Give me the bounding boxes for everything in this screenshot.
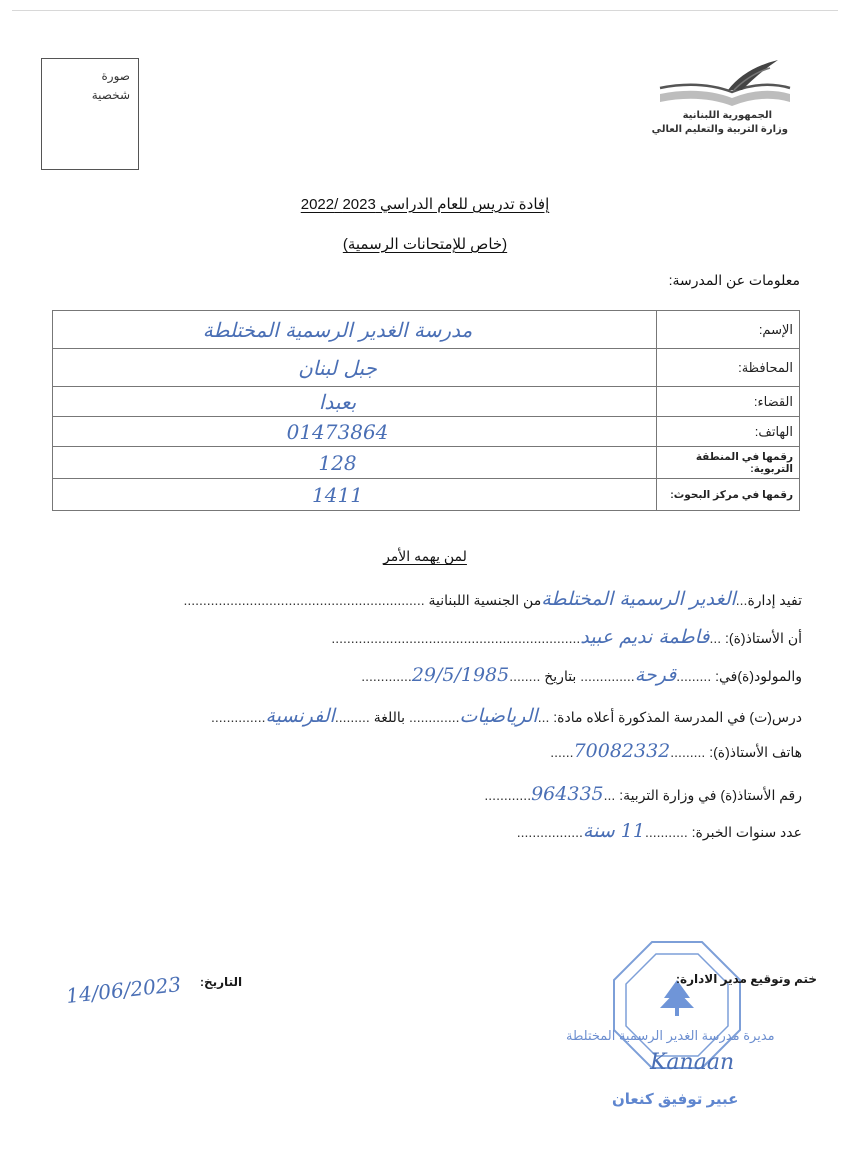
governorate-value: جبل لبنان <box>53 349 657 387</box>
research-center-number-label: رقمها في مركز البحوث: <box>657 479 800 511</box>
administration-value: الغدير الرسمية المختلطة <box>541 588 736 610</box>
statement-line-1: تفيد إدارة...الغدير الرسمية المختلطةمن ا… <box>183 588 802 610</box>
personal-photo-box: صورة شخصية <box>41 58 139 170</box>
district-value: بعبدا <box>53 387 657 417</box>
table-row: المحافظة: جبل لبنان <box>53 349 800 387</box>
school-name-label: الإسم: <box>657 311 800 349</box>
signature-label: ختم وتوقيع مدير الادارة: <box>676 972 817 986</box>
principal-name: عبير توفيق كنعان <box>612 1090 738 1108</box>
birth-date-value: 29/5/1985 <box>412 664 509 686</box>
table-row: رقمها في مركز البحوث: 1411 <box>53 479 800 511</box>
edu-zone-number-label: رقمها في المنطقة التربوية: <box>657 447 800 479</box>
page-top-rule <box>12 10 838 11</box>
statement-line-5: هاتف الأستاذ(ة): .........70082332...... <box>550 740 802 762</box>
school-info-table: الإسم: مدرسة الغدير الرسمية المختلطة الم… <box>52 310 800 511</box>
statement-line-4: درس(ت) في المدرسة المذكورة أعلاه مادة: .… <box>211 705 802 727</box>
statement-line-7: عدد سنوات الخبرة: ...........11 سنة.....… <box>517 820 802 842</box>
open-book-pen-logo-icon <box>650 58 800 108</box>
date-label: التاريخ: <box>200 975 242 989</box>
district-label: القضاء: <box>657 387 800 417</box>
language-value: الفرنسية <box>265 705 334 727</box>
table-row: القضاء: بعبدا <box>53 387 800 417</box>
experience-value: 11 سنة <box>583 820 645 842</box>
subject-value: الرياضيات <box>460 705 538 727</box>
table-row: رقمها في المنطقة التربوية: 128 <box>53 447 800 479</box>
ministry-number-value: 964335 <box>531 783 604 805</box>
school-info-heading: معلومات عن المدرسة: <box>669 272 800 289</box>
document-title: إفادة تدريس للعام الدراسي 2023 /2022 <box>0 195 850 213</box>
school-name-value: مدرسة الغدير الرسمية المختلطة <box>53 311 657 349</box>
birthplace-value: قرحة <box>635 664 677 686</box>
principal-title: مديرة مدرسة الغدير الرسمية المختلطة <box>566 1028 775 1044</box>
photo-label-line2: شخصية <box>92 86 130 105</box>
statement-line-3: والمولود(ة)في: .........قرحة............… <box>361 664 802 686</box>
phone-value: 01473864 <box>53 417 657 447</box>
governorate-label: المحافظة: <box>657 349 800 387</box>
principal-signature: Kanaan <box>650 1050 734 1075</box>
phone-label: الهاتف: <box>657 417 800 447</box>
table-row: الإسم: مدرسة الغدير الرسمية المختلطة <box>53 311 800 349</box>
date-value: 14/06/2023 <box>65 972 182 1008</box>
photo-label-line1: صورة <box>92 67 130 86</box>
ministry-name: وزارة التربية والتعليم العالي <box>652 124 788 135</box>
statement-line-2: أن الأستاذ(ة): ...فاطمة نديم عبيد.......… <box>331 626 802 648</box>
table-row: الهاتف: 01473864 <box>53 417 800 447</box>
research-center-number-value: 1411 <box>53 479 657 511</box>
teacher-name-value: فاطمة نديم عبيد <box>580 626 709 648</box>
ministry-logo: الجمهورية اللبنانية وزارة التربية والتعل… <box>650 58 800 138</box>
to-whom-heading: لمن يهمه الأمر <box>0 548 850 565</box>
country-name: الجمهورية اللبنانية <box>683 110 772 121</box>
document-subtitle: (خاص للإمتحانات الرسمية) <box>0 235 850 253</box>
teacher-phone-value: 70082332 <box>574 740 671 762</box>
statement-line-6: رقم الأستاذ(ة) في وزارة التربية: ...9643… <box>484 783 802 805</box>
edu-zone-number-value: 128 <box>53 447 657 479</box>
